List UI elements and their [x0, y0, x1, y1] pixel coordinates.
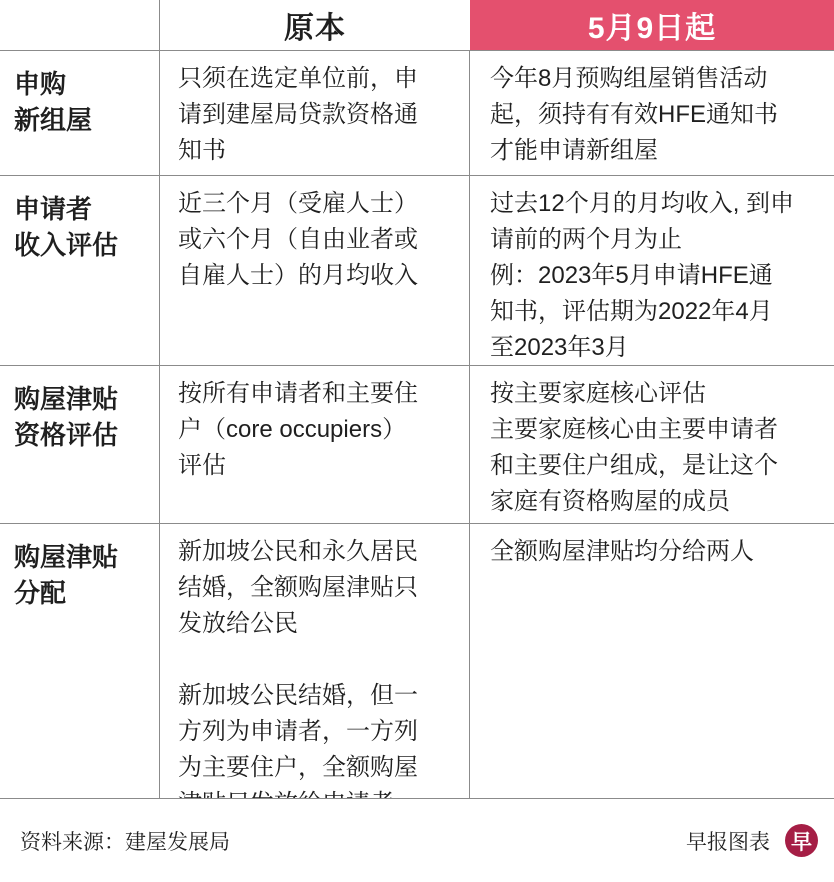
original-policy-text: 近三个月（受雇人士） 或六个月（自由业者或 自雇人士）的月均收入 — [160, 176, 470, 365]
table-row: 购屋津贴 资格评估 按所有申请者和主要住 户（core occupiers） 评… — [0, 365, 834, 523]
footer: 资料来源：建屋发展局 早报图表 早 — [0, 799, 834, 882]
new-policy-text: 按主要家庭核心评估 主要家庭核心由主要申请者 和主要住户组成，是让这个 家庭有资… — [470, 366, 834, 523]
table-row: 购屋津贴 分配 新加坡公民和永久居民 结婚，全额购屋津贴只 发放给公民 新加坡公… — [0, 523, 834, 798]
table-header-row: 原本 5月9日起 — [0, 0, 834, 50]
header-blank-cell — [0, 0, 160, 50]
header-original-column: 原本 — [160, 0, 470, 50]
policy-comparison-table: 原本 5月9日起 申购 新组屋 只须在选定单位前，申 请到建屋局贷款资格通 知书… — [0, 0, 834, 799]
header-effective-date-column: 5月9日起 — [470, 0, 834, 50]
new-policy-text: 全额购屋津贴均分给两人 — [470, 524, 834, 798]
credit-block: 早报图表 早 — [686, 824, 818, 857]
zaobao-logo-icon: 早 — [785, 824, 818, 857]
new-policy-text: 今年8月预购组屋销售活动 起，须持有有效HFE通知书 才能申请新组屋 — [470, 51, 834, 175]
table-row: 申购 新组屋 只须在选定单位前，申 请到建屋局贷款资格通 知书 今年8月预购组屋… — [0, 50, 834, 175]
new-policy-text: 过去12个月的月均收入, 到申 请前的两个月为止 例：2023年5月申请HFE通… — [470, 176, 834, 365]
row-label-grant-eligibility: 购屋津贴 资格评估 — [0, 366, 160, 523]
table-row: 申请者 收入评估 近三个月（受雇人士） 或六个月（自由业者或 自雇人士）的月均收… — [0, 175, 834, 365]
data-source-text: 资料来源：建屋发展局 — [20, 826, 230, 856]
row-label-grant-distribution: 购屋津贴 分配 — [0, 524, 160, 798]
original-policy-text: 按所有申请者和主要住 户（core occupiers） 评估 — [160, 366, 470, 523]
hdb-policy-infographic: 原本 5月9日起 申购 新组屋 只须在选定单位前，申 请到建屋局贷款资格通 知书… — [0, 0, 834, 882]
original-policy-text: 只须在选定单位前，申 请到建屋局贷款资格通 知书 — [160, 51, 470, 175]
original-policy-text: 新加坡公民和永久居民 结婚，全额购屋津贴只 发放给公民 新加坡公民结婚，但一 方… — [160, 524, 470, 798]
credit-text: 早报图表 — [686, 826, 770, 856]
row-label-new-flat-application: 申购 新组屋 — [0, 51, 160, 175]
row-label-income-assessment: 申请者 收入评估 — [0, 176, 160, 365]
